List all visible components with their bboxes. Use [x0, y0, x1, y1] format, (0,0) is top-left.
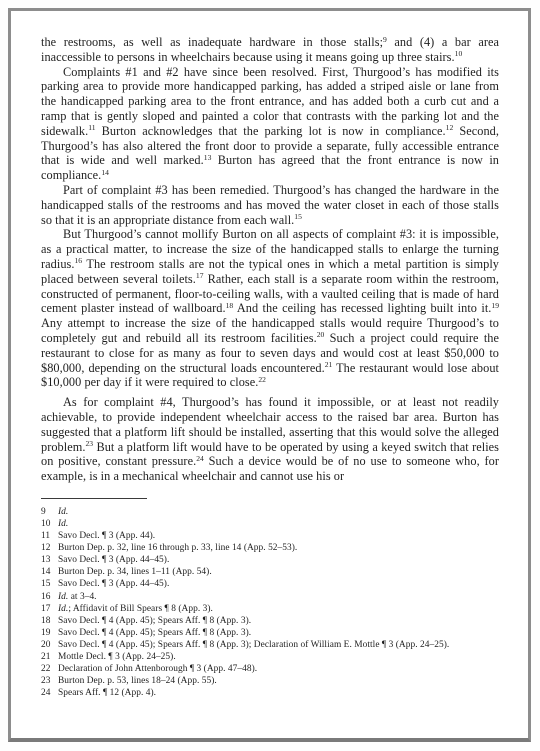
footnote-text: Declaration of John Attenborough ¶ 3 (Ap… [58, 663, 499, 675]
footnote-number: 16 [41, 591, 58, 603]
footnote-marker: 17 [196, 271, 204, 280]
footnote-item: 10Id. [41, 518, 499, 530]
footnote-number: 12 [41, 542, 58, 554]
footnotes-section: 9Id.10Id.11Savo Decl. ¶ 3 (App. 44).12Bu… [41, 506, 499, 700]
footnote-marker: 13 [204, 153, 212, 162]
footnote-item: 11Savo Decl. ¶ 3 (App. 44). [41, 530, 499, 542]
footnote-number: 21 [41, 651, 58, 663]
footnote-number: 19 [41, 627, 58, 639]
footnote-number: 18 [41, 615, 58, 627]
body-paragraph: Part of complaint #3 has been remedied. … [41, 183, 499, 227]
footnote-text: Savo Decl. ¶ 4 (App. 45); Spears Aff. ¶ … [58, 639, 499, 651]
footnote-text: Savo Decl. ¶ 4 (App. 45); Spears Aff. ¶ … [58, 615, 499, 627]
body-paragraph: the restrooms, as well as inadequate har… [41, 35, 499, 65]
footnote-marker: 19 [491, 301, 499, 310]
footnote-text: Id. [58, 506, 499, 518]
footnote-number: 24 [41, 687, 58, 699]
footnote-marker: 14 [101, 168, 109, 177]
footnote-number: 23 [41, 675, 58, 687]
footnote-marker: 16 [74, 256, 82, 265]
footnote-item: 15Savo Decl. ¶ 3 (App. 44–45). [41, 578, 499, 590]
footnote-text: Burton Dep. p. 34, lines 1–11 (App. 54). [58, 566, 499, 578]
document-page: the restrooms, as well as inadequate har… [8, 8, 531, 742]
footnote-marker: 22 [258, 375, 266, 384]
footnote-marker: 20 [317, 330, 325, 339]
footnote-text: Spears Aff. ¶ 12 (App. 4). [58, 687, 499, 699]
footnote-item: 21Mottle Decl. ¶ 3 (App. 24–25). [41, 651, 499, 663]
body-text: the restrooms, as well as inadequate har… [41, 35, 499, 484]
footnote-item: 12Burton Dep. p. 32, line 16 through p. … [41, 542, 499, 554]
footnote-text: Mottle Decl. ¶ 3 (App. 24–25). [58, 651, 499, 663]
footnote-number: 10 [41, 518, 58, 530]
footnote-text: Burton Dep. p. 53, lines 18–24 (App. 55)… [58, 675, 499, 687]
footnote-text: Id.; Affidavit of Bill Spears ¶ 8 (App. … [58, 603, 499, 615]
footnote-item: 14Burton Dep. p. 34, lines 1–11 (App. 54… [41, 566, 499, 578]
footnote-number: 14 [41, 566, 58, 578]
footnote-text: Savo Decl. ¶ 3 (App. 44–45). [58, 554, 499, 566]
footnote-item: 17Id.; Affidavit of Bill Spears ¶ 8 (App… [41, 603, 499, 615]
footnote-number: 22 [41, 663, 58, 675]
footnote-marker: 12 [446, 123, 454, 132]
footnote-item: 9Id. [41, 506, 499, 518]
footnote-text: Savo Decl. ¶ 4 (App. 45); Spears Aff. ¶ … [58, 627, 499, 639]
footnote-marker: 10 [455, 49, 463, 58]
body-paragraph: Complaints #1 and #2 have since been res… [41, 65, 499, 183]
scanned-page-background: the restrooms, as well as inadequate har… [0, 0, 540, 751]
footnote-item: 16Id. at 3–4. [41, 591, 499, 603]
footnote-marker: 11 [88, 123, 95, 132]
footnote-separator [41, 498, 147, 499]
footnote-marker: 9 [383, 35, 387, 44]
footnote-text: Burton Dep. p. 32, line 16 through p. 33… [58, 542, 499, 554]
footnote-number: 13 [41, 554, 58, 566]
footnote-number: 15 [41, 578, 58, 590]
footnote-number: 20 [41, 639, 58, 651]
footnote-number: 17 [41, 603, 58, 615]
footnote-text: Id. [58, 518, 499, 530]
body-paragraph: But Thurgood’s cannot mollify Burton on … [41, 227, 499, 390]
footnote-item: 18Savo Decl. ¶ 4 (App. 45); Spears Aff. … [41, 615, 499, 627]
footnote-number: 11 [41, 530, 58, 542]
footnote-item: 23Burton Dep. p. 53, lines 18–24 (App. 5… [41, 675, 499, 687]
footnote-item: 13Savo Decl. ¶ 3 (App. 44–45). [41, 554, 499, 566]
footnote-marker: 18 [226, 301, 234, 310]
footnote-item: 20Savo Decl. ¶ 4 (App. 45); Spears Aff. … [41, 639, 499, 651]
footnote-marker: 23 [85, 439, 93, 448]
footnote-item: 22Declaration of John Attenborough ¶ 3 (… [41, 663, 499, 675]
footnote-text: Savo Decl. ¶ 3 (App. 44). [58, 530, 499, 542]
footnote-text: Savo Decl. ¶ 3 (App. 44–45). [58, 578, 499, 590]
footnote-marker: 15 [294, 212, 302, 221]
footnote-item: 19Savo Decl. ¶ 4 (App. 45); Spears Aff. … [41, 627, 499, 639]
page-content: the restrooms, as well as inadequate har… [11, 11, 528, 699]
body-paragraph: As for complaint #4, Thurgood’s has foun… [41, 395, 499, 484]
footnote-marker: 21 [325, 360, 333, 369]
footnote-marker: 24 [196, 454, 204, 463]
footnote-number: 9 [41, 506, 58, 518]
footnote-item: 24Spears Aff. ¶ 12 (App. 4). [41, 687, 499, 699]
footnote-text: Id. at 3–4. [58, 591, 499, 603]
